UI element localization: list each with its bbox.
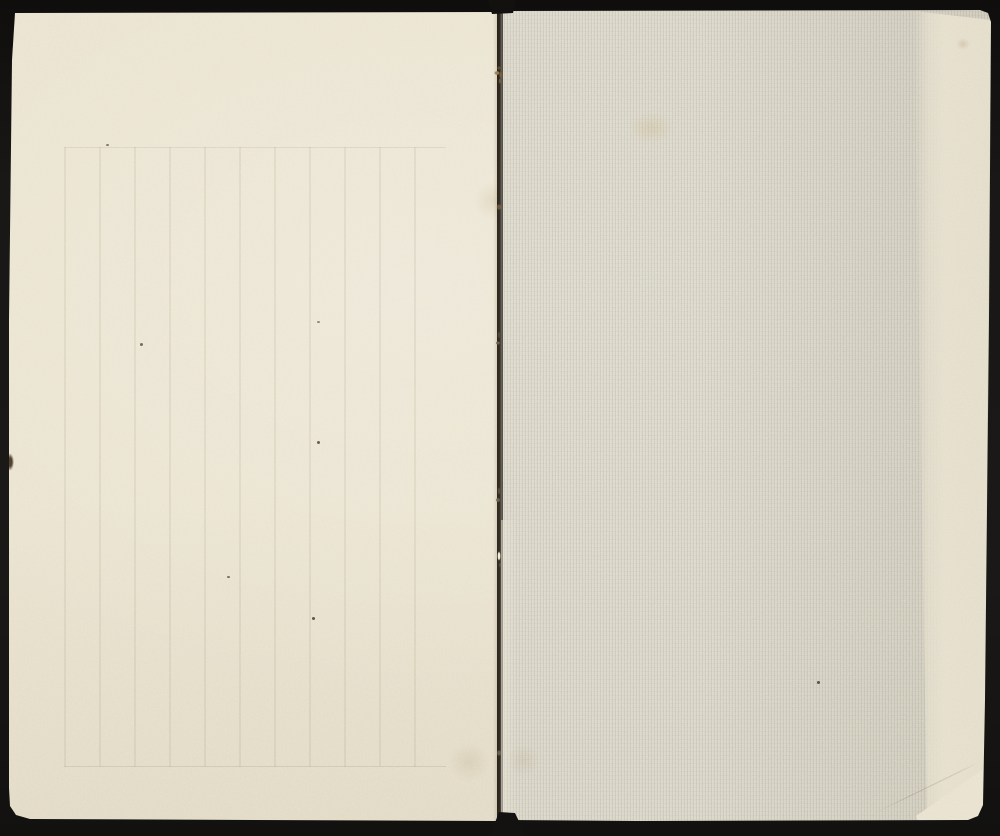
paper-stain <box>628 112 674 144</box>
book-scan <box>0 0 1000 836</box>
paper-stain <box>956 38 970 50</box>
ruled-lines-showthrough <box>64 147 446 767</box>
paper-speck <box>317 321 320 323</box>
paper-speck <box>140 343 143 346</box>
binding-stitch <box>493 547 505 571</box>
paper-stain <box>448 742 490 782</box>
paper-speck <box>106 144 109 146</box>
binding-stitch <box>493 200 505 214</box>
page-edge-chip <box>8 450 16 474</box>
binding-stitch <box>492 328 506 350</box>
binding-stitch <box>491 60 507 86</box>
paper-speck <box>817 681 820 684</box>
binding-stitch <box>492 483 506 507</box>
paper-speck <box>317 441 320 444</box>
paper-speck <box>227 576 230 578</box>
paper-speck <box>312 617 315 620</box>
binding-stitch <box>494 746 504 760</box>
